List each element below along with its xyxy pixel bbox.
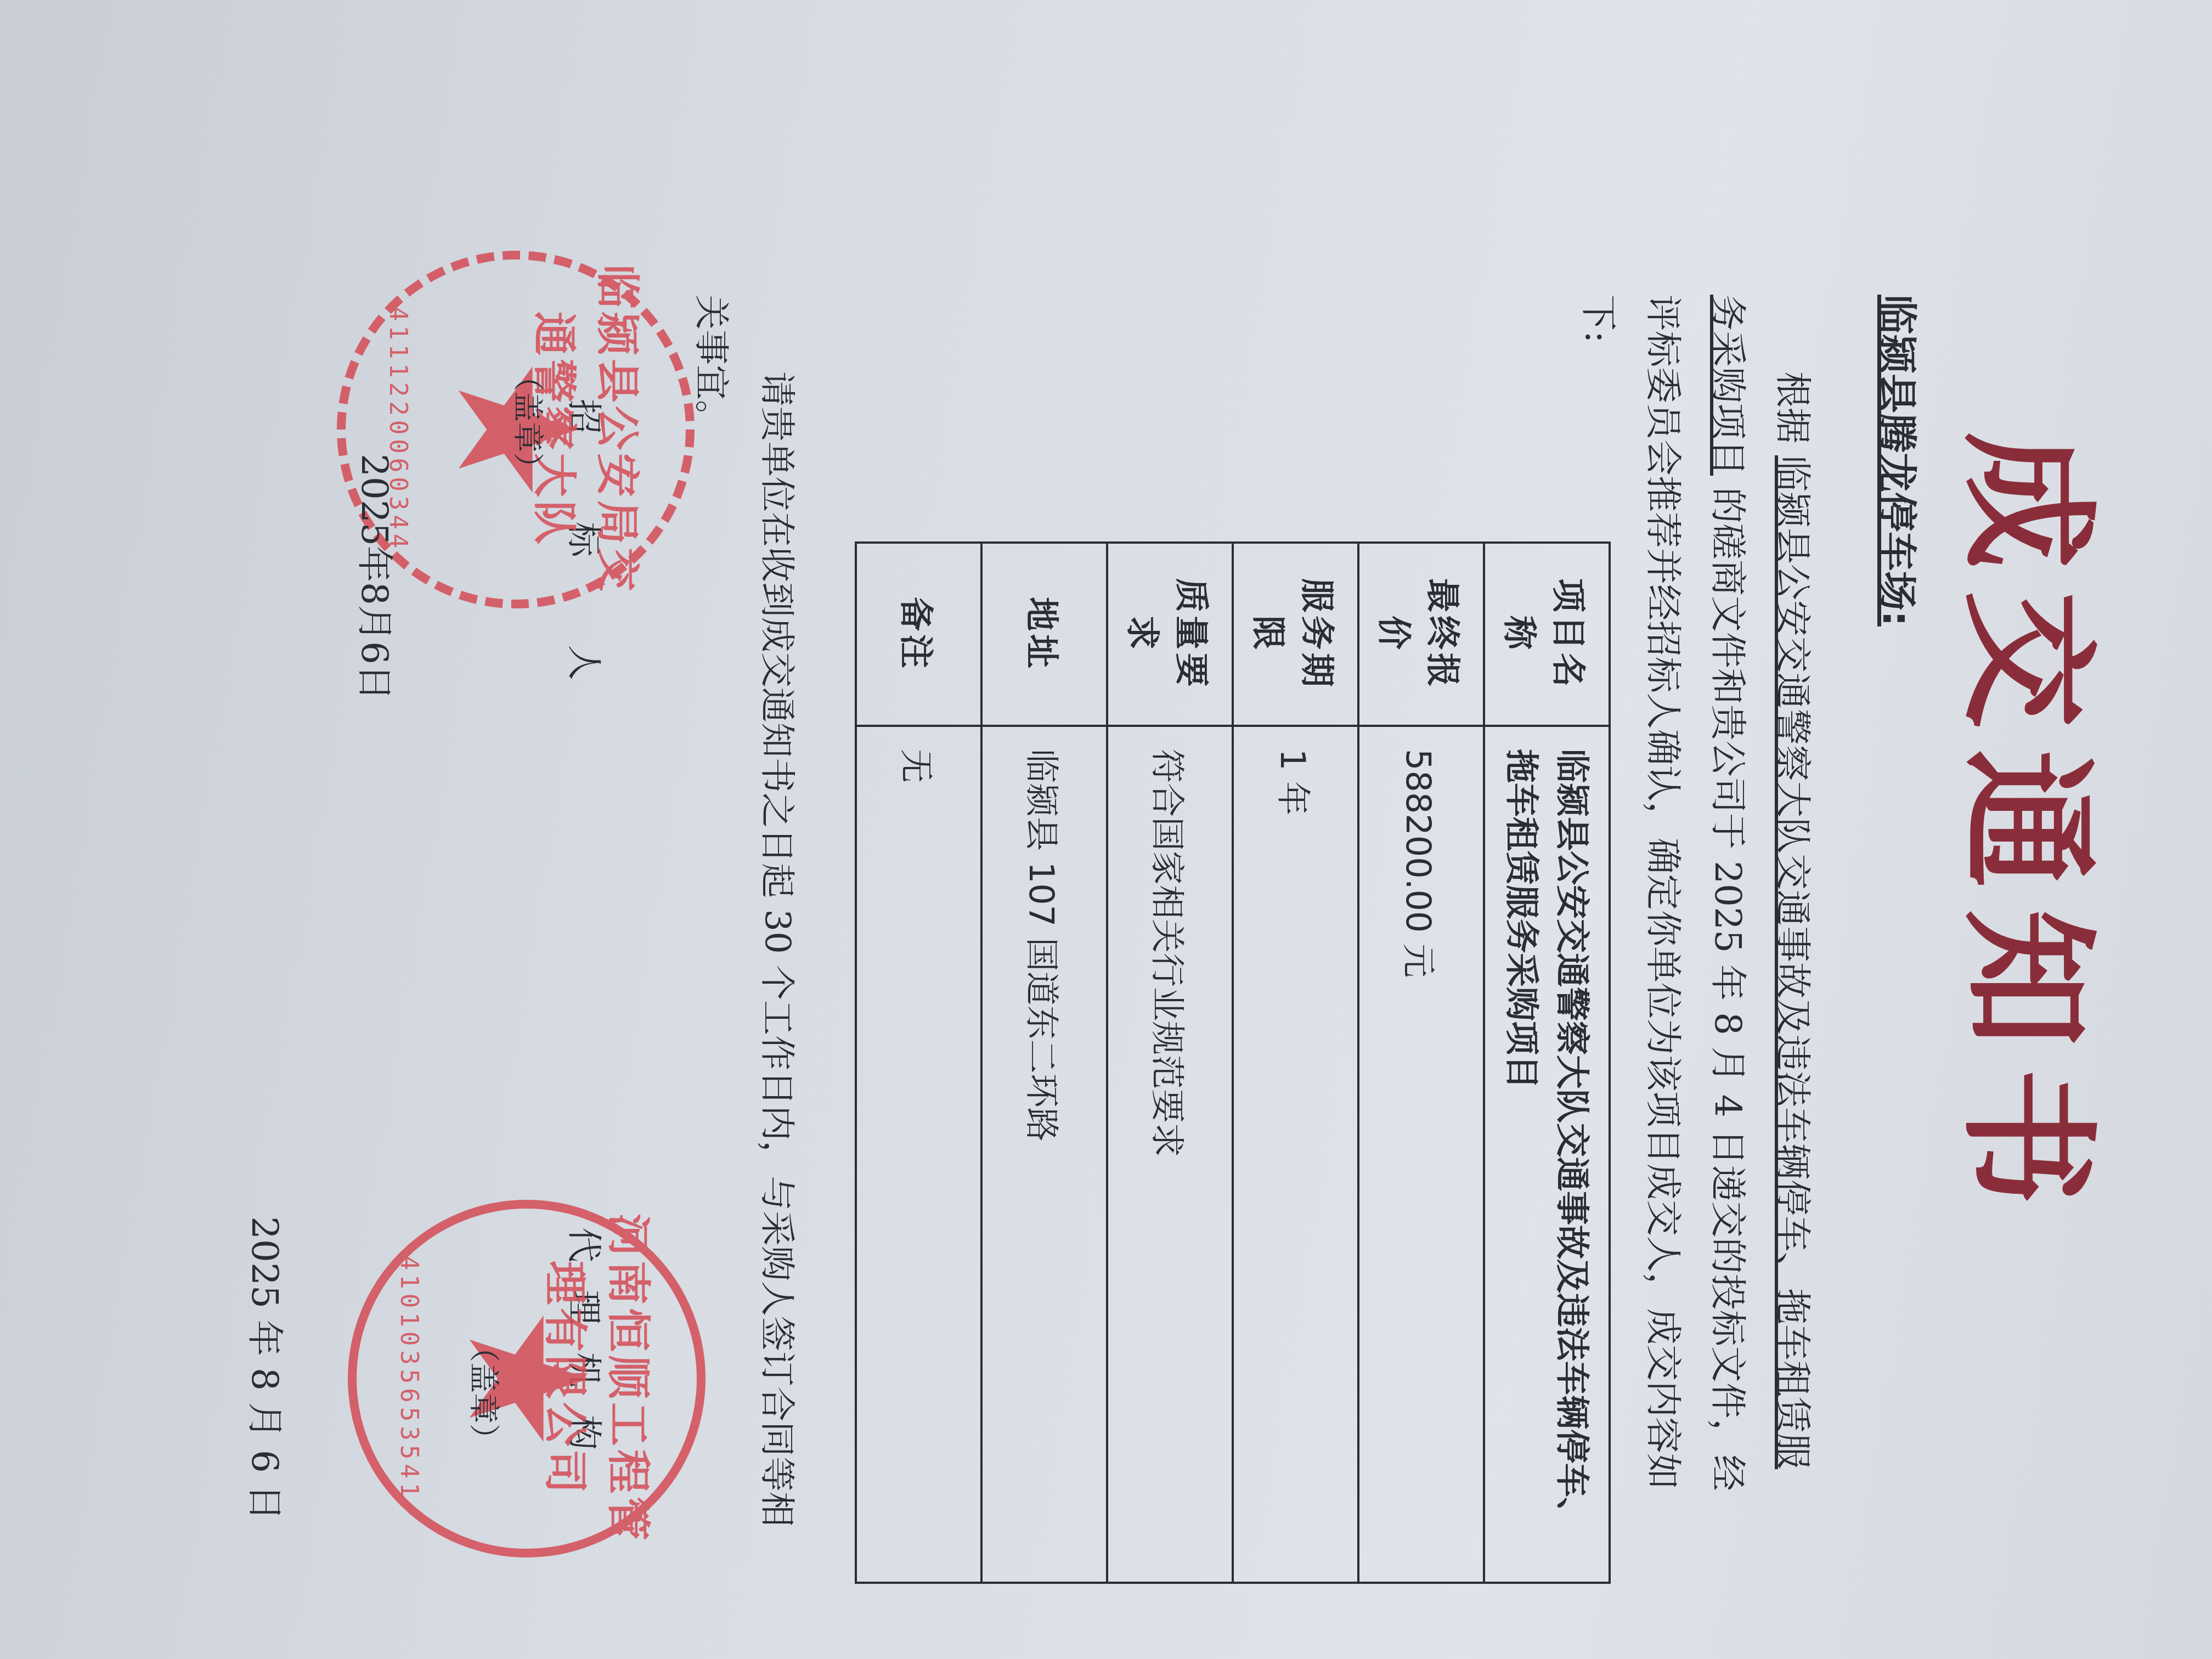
row-value: 588200.00 元: [1358, 726, 1484, 1583]
row-value: 临颍县公安交通警察大队交通事故及违法车辆停车、拖车租赁服务采购项目: [1484, 726, 1610, 1583]
table-row: 项目名称 临颍县公安交通警察大队交通事故及违法车辆停车、拖车租赁服务采购项目: [1484, 543, 1610, 1583]
row-label: 服务期限: [1233, 543, 1358, 726]
deal-info-table: 项目名称 临颍县公安交通警察大队交通事故及违法车辆停车、拖车租赁服务采购项目 最…: [855, 541, 1611, 1584]
row-label: 地址: [981, 543, 1107, 726]
row-label: 项目名称: [1484, 543, 1610, 726]
table-row: 备注 无: [856, 543, 981, 1583]
table-row: 质量要求 符合国家相关行业规范要求: [1107, 543, 1233, 1583]
table-row: 地址 临颍县 107 国道东二环路: [981, 543, 1107, 1583]
document-title: 成交通知书: [1940, 20, 2137, 1639]
row-label: 最终报价: [1358, 543, 1484, 726]
seal-code: 4101035653541: [395, 1209, 423, 1549]
row-label: 质量要求: [1107, 543, 1233, 726]
row-value: 符合国家相关行业规范要求: [1107, 726, 1233, 1583]
agency-date: 2025 年 8 月 6 日: [242, 1216, 294, 1521]
recipient: 临颍县腾龙停车场:: [1872, 295, 1929, 627]
table-row: 服务期限 1 年: [1233, 543, 1358, 1583]
row-value: 1 年: [1233, 726, 1358, 1583]
row-value: 无: [856, 726, 981, 1583]
tenderer-date: 2025年8月6日: [352, 454, 404, 701]
agency-seal-note: （盖章）: [464, 1331, 508, 1454]
row-value: 临颍县 107 国道东二环路: [981, 726, 1107, 1583]
table-row: 最终报价 588200.00 元: [1358, 543, 1484, 1583]
seal-text: 河南恒顺工程管理有限公司: [538, 1209, 664, 1549]
agency-seal: 河南恒顺工程管理有限公司 ★ 4101035653541: [348, 1200, 706, 1558]
row-label: 备注: [856, 543, 981, 726]
notice-document: 成交通知书 临颍县腾龙停车场: 根据 临颍县公安交通警察大队交通事故及违法车辆停…: [36, 20, 2176, 1639]
tenderer-seal-note: （盖章）: [508, 360, 552, 483]
body-prefix: 根据: [1771, 371, 1814, 444]
